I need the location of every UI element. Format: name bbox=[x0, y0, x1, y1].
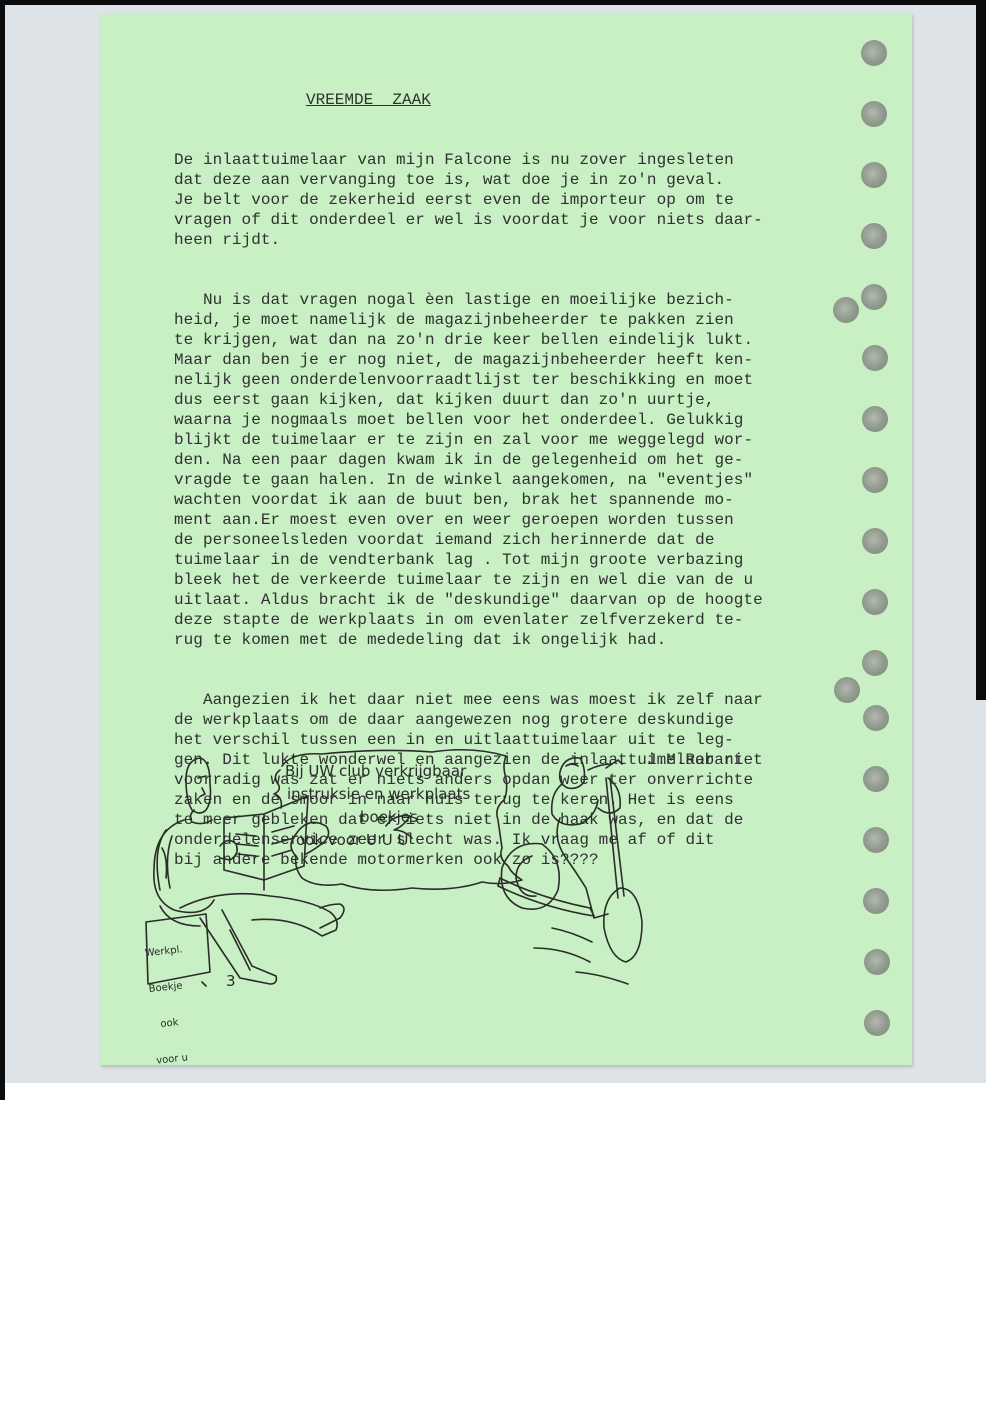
punch-hole-icon bbox=[862, 589, 888, 615]
punch-hole-icon bbox=[863, 827, 889, 853]
punch-hole-icon bbox=[861, 101, 887, 127]
motorcycle-rider-drawing bbox=[498, 758, 642, 984]
punch-hole-icon bbox=[864, 949, 890, 975]
scan-edge-left bbox=[0, 0, 5, 1100]
punch-hole-icon bbox=[863, 766, 889, 792]
speech-bubble-line: instruksie en werkplaats bbox=[287, 783, 470, 805]
page-number: 3 bbox=[226, 972, 236, 990]
punch-hole-icon bbox=[863, 888, 889, 914]
punch-hole-icon bbox=[862, 528, 888, 554]
punch-hole-icon bbox=[861, 40, 887, 66]
punch-hole-icon bbox=[862, 406, 888, 432]
author-signature: J.M.Robart bbox=[647, 750, 743, 770]
punch-hole-icon bbox=[863, 705, 889, 731]
paragraph: Nu is dat vragen nogal èen lastige en mo… bbox=[174, 290, 854, 650]
scan-edge-right bbox=[976, 0, 986, 700]
paragraph: De inlaattuimelaar van mijn Falcone is n… bbox=[174, 150, 854, 250]
speech-bubble-line: Bij UW club verkrijgbaar bbox=[285, 760, 466, 782]
speech-bubble-line: boekjes bbox=[360, 806, 418, 828]
punch-hole-icon bbox=[864, 1010, 890, 1036]
punch-hole-icon bbox=[861, 284, 887, 310]
punch-hole-icon bbox=[861, 162, 887, 188]
scan-edge-top bbox=[0, 0, 986, 5]
punch-hole-icon bbox=[862, 345, 888, 371]
punch-hole-icon bbox=[862, 467, 888, 493]
punch-hole-icon bbox=[861, 223, 887, 249]
speech-bubble-line: ook voor U U U bbox=[296, 829, 408, 851]
punch-hole-icon bbox=[862, 650, 888, 676]
